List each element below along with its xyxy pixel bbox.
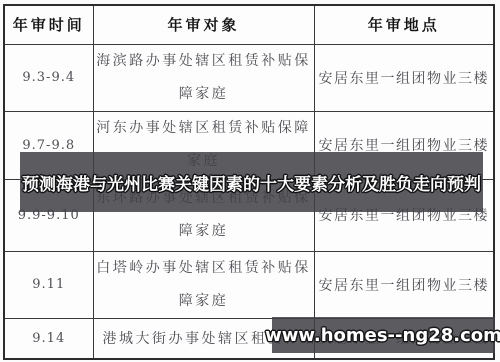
overlay-ad-banner-text: 预测海港与光州比赛关键因素的十大要素分析及胜负走向预判 bbox=[22, 170, 481, 195]
page: 年审时间 年审对象 年审地点 9.3-9.4 海滨路办事处辖区租赁补贴保障家庭 … bbox=[0, 0, 500, 362]
table-row: 9.11 白塔岭办事处辖区租赁补贴保障家庭 安居东里一组团物业三楼 bbox=[4, 251, 494, 318]
cell-review-location: 安居东里一组团物业三楼 bbox=[314, 44, 494, 111]
cell-review-time: 9.3-9.4 bbox=[4, 44, 93, 111]
cell-review-time: 9.11 bbox=[4, 251, 93, 318]
cell-review-target: 白塔岭办事处辖区租赁补贴保障家庭 bbox=[93, 251, 314, 318]
col-header-review-time: 年审时间 bbox=[4, 5, 93, 44]
cell-review-location: 安居东里一组团物业三楼 bbox=[314, 251, 494, 318]
watermark-badge[interactable]: www.homes--ng28.com bbox=[272, 317, 495, 353]
watermark-url-text: www.homes--ng28.com bbox=[265, 325, 500, 346]
overlay-ad-banner[interactable]: 预测海港与光州比赛关键因素的十大要素分析及胜负走向预判 bbox=[20, 152, 483, 212]
col-header-review-target: 年审对象 bbox=[93, 5, 314, 44]
table-header-row: 年审时间 年审对象 年审地点 bbox=[4, 5, 494, 44]
cell-review-time: 9.14 bbox=[4, 318, 93, 359]
cell-review-target: 海滨路办事处辖区租赁补贴保障家庭 bbox=[93, 44, 314, 111]
table-row: 9.3-9.4 海滨路办事处辖区租赁补贴保障家庭 安居东里一组团物业三楼 bbox=[4, 44, 494, 111]
col-header-review-location: 年审地点 bbox=[314, 5, 494, 44]
